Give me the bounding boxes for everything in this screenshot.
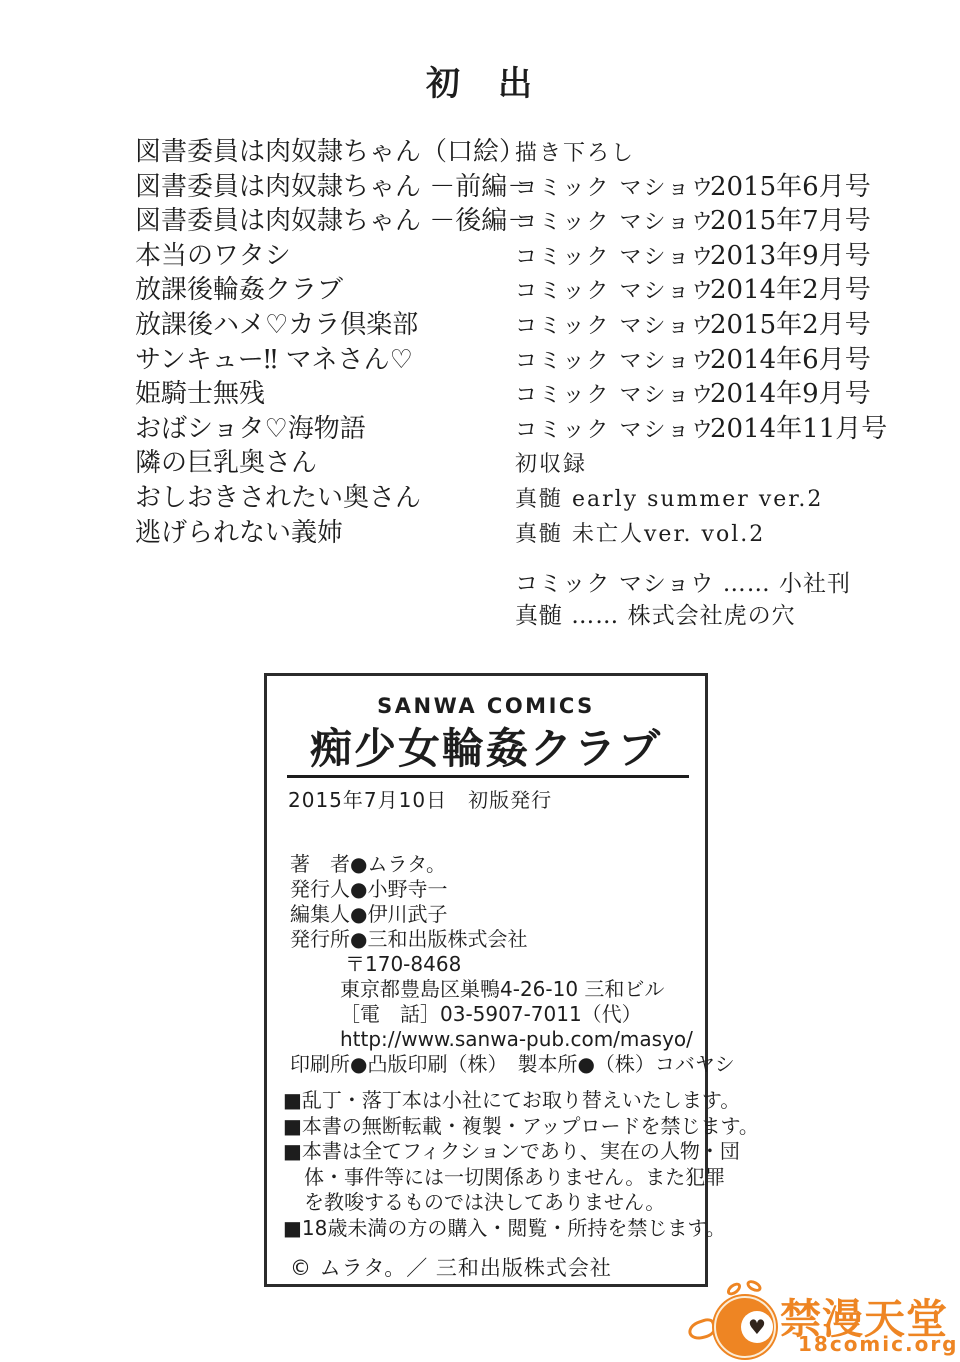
notice-line: ■本書は全てフィクションであり、実在の人物・団	[283, 1139, 759, 1165]
work-title: 姫騎士無残	[135, 373, 515, 410]
publication-source: 真髄 early summer ver.2	[515, 482, 710, 513]
legal-notices: ■乱丁・落丁本は小社にてお取り替えいたします。 ■本書の無断転載・複製・アップロ…	[283, 1088, 759, 1241]
copyright-line: © ムラタ。／ 三和出版株式会社	[290, 1252, 612, 1282]
publication-source: コミック マショウ	[515, 171, 710, 202]
publication-row: 姫騎士無残 コミック マショウ 2014年9月号	[135, 373, 887, 408]
publication-source: コミック マショウ	[515, 205, 710, 236]
publication-row: 図書委員は肉奴隷ちゃん（口絵） 描き下ろし	[135, 131, 887, 166]
first-publication-list: 図書委員は肉奴隷ちゃん（口絵） 描き下ろし 図書委員は肉奴隷ちゃん －前編－ コ…	[135, 131, 887, 546]
publication-row: おしおきされたい奥さん 真髄 early summer ver.2	[135, 477, 887, 512]
work-title: 図書委員は肉奴隷ちゃん －後編－	[135, 200, 515, 237]
colophon-box: SANWA COMICS 痴少女輪姦クラブ 2015年7月10日 初版発行 著 …	[264, 673, 708, 1287]
notice-line: ■本書の無断転載・複製・アップロードを禁じます。	[283, 1114, 759, 1140]
book-title: 痴少女輪姦クラブ	[267, 716, 705, 776]
publication-row: 逃げられない義姉 真髄 未亡人ver. vol.2	[135, 512, 887, 547]
publication-issue: 2015年6月号	[710, 166, 871, 203]
site-watermark: ♥ 禁漫天堂 18comic.org	[688, 1280, 960, 1362]
publication-issue: 2015年2月号	[710, 304, 871, 341]
notice-line: ■乱丁・落丁本は小社にてお取り替えいたします。	[283, 1088, 759, 1114]
publication-source: コミック マショウ	[515, 344, 710, 375]
colophon-page: 初 出 図書委員は肉奴隷ちゃん（口絵） 描き下ろし 図書委員は肉奴隷ちゃん －前…	[0, 0, 960, 1362]
footnote-line: 真髄 …… 株式会社虎の穴	[515, 600, 851, 632]
credit-line-address: 東京都豊島区巣鴨4-26-10 三和ビル	[290, 977, 735, 1002]
publication-source: コミック マショウ	[515, 309, 710, 340]
publication-row: 放課後ハメ♡カラ倶楽部 コミック マショウ 2015年2月号	[135, 304, 887, 339]
credit-line-publisher-person: 発行人●小野寺一	[290, 877, 735, 902]
page-title: 初 出	[0, 56, 960, 105]
mascot-sprout-icon	[745, 1278, 764, 1294]
publication-row: 図書委員は肉奴隷ちゃん －後編－ コミック マショウ 2015年7月号	[135, 200, 887, 235]
publication-source: 描き下ろし	[515, 136, 710, 167]
publication-issue: 2013年9月号	[710, 235, 871, 272]
work-title: 図書委員は肉奴隷ちゃん －前編－	[135, 166, 515, 203]
mascot-face-icon: ♥	[741, 1311, 773, 1343]
credit-line-phone: ［電 話］03-5907-7011（代）	[290, 1002, 735, 1027]
publication-issue: 2014年9月号	[710, 373, 871, 410]
edition-date: 2015年7月10日 初版発行	[288, 784, 552, 813]
credit-line-printer: 印刷所●凸版印刷（株） 製本所●（株）コバヤシ	[290, 1052, 735, 1077]
publication-row: 図書委員は肉奴隷ちゃん －前編－ コミック マショウ 2015年6月号	[135, 166, 887, 201]
credit-line-postal-code: 〒170-8468	[290, 952, 735, 977]
work-title: おしおきされたい奥さん	[135, 477, 515, 514]
work-title: おばショタ♡海物語	[135, 408, 515, 445]
publication-issue: 2015年7月号	[710, 200, 871, 237]
heart-icon: ♥	[748, 1317, 766, 1337]
credit-line-editor: 編集人●伊川武子	[290, 902, 735, 927]
credit-line-url: http://www.sanwa-pub.com/masyo/	[290, 1027, 735, 1052]
publication-issue: 2014年11月号	[710, 408, 887, 445]
publication-row: おばショタ♡海物語 コミック マショウ 2014年11月号	[135, 408, 887, 443]
publication-row: 隣の巨乳奥さん 初収録	[135, 442, 887, 477]
notice-line: ■18歳未満の方の購入・閲覧・所持を禁じます。	[283, 1216, 759, 1242]
publication-issue: 2014年2月号	[710, 269, 871, 306]
publication-row: サンキュー‼ マネさん♡ コミック マショウ 2014年6月号	[135, 339, 887, 374]
title-underline	[287, 775, 689, 778]
work-title: 隣の巨乳奥さん	[135, 442, 515, 479]
work-title: 図書委員は肉奴隷ちゃん（口絵）	[135, 131, 515, 168]
publication-source: 初収録	[515, 447, 710, 478]
publication-source: コミック マショウ	[515, 274, 710, 305]
publication-row: 放課後輪姦クラブ コミック マショウ 2014年2月号	[135, 269, 887, 304]
credit-line-publishing-house: 発行所●三和出版株式会社	[290, 927, 735, 952]
source-footnotes: コミック マショウ …… 小社刊 真髄 …… 株式会社虎の穴	[515, 568, 851, 632]
publication-row: 本当のワタシ コミック マショウ 2013年9月号	[135, 235, 887, 270]
watermark-site-url: 18comic.org	[798, 1332, 959, 1356]
footnote-line: コミック マショウ …… 小社刊	[515, 568, 851, 600]
publisher-credits: 著 者●ムラタ。 発行人●小野寺一 編集人●伊川武子 発行所●三和出版株式会社 …	[290, 852, 735, 1077]
work-title: 逃げられない義姉	[135, 512, 515, 549]
credit-line-author: 著 者●ムラタ。	[290, 852, 735, 877]
work-title: 放課後輪姦クラブ	[135, 269, 515, 306]
work-title: サンキュー‼ マネさん♡	[135, 339, 515, 376]
publication-source: コミック マショウ	[515, 240, 710, 271]
publication-issue: 2014年6月号	[710, 339, 871, 376]
notice-line-continuation: を教唆するものでは決してありません。	[283, 1190, 759, 1216]
work-title: 放課後ハメ♡カラ倶楽部	[135, 304, 515, 341]
publication-source: コミック マショウ	[515, 413, 710, 444]
notice-line-continuation: 体・事件等には一切関係ありません。また犯罪	[283, 1165, 759, 1191]
work-title: 本当のワタシ	[135, 235, 515, 272]
publication-source: 真髄 未亡人ver. vol.2	[515, 517, 710, 548]
imprint-label: SANWA COMICS	[267, 694, 705, 718]
publication-source: コミック マショウ	[515, 378, 710, 409]
